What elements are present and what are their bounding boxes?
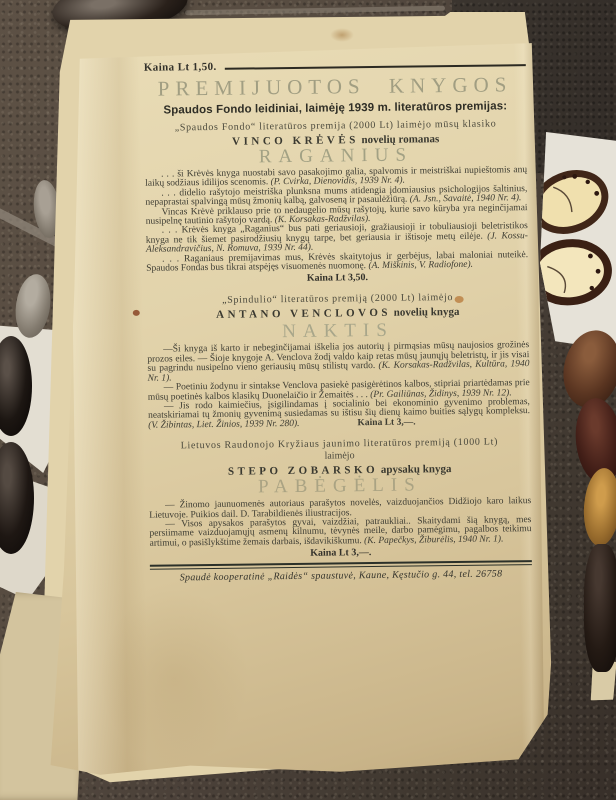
- author-name: ANTANO VENCLOVOS: [216, 307, 391, 321]
- review-quotes: —Ši knyga iš karto ir nebeginčijamai išk…: [147, 342, 530, 431]
- book-back-page: Kaina Lt 1,50. PREMIJUOTOS KNYGOS Spaudo…: [32, 43, 553, 779]
- book-title-pabegelis: PABĖGĖLIS: [149, 474, 531, 499]
- review-quote: — Jis rodo kaimiečius, įsigilindamas į s…: [148, 398, 530, 431]
- printed-text-block: Kaina Lt 1,50. PREMIJUOTOS KNYGOS Spaudo…: [144, 55, 532, 585]
- quote-citation: (A. Miškinis, V. Radiofone).: [368, 260, 473, 271]
- stain: [98, 587, 250, 769]
- horizontal-rule: [225, 64, 526, 70]
- review-quote: —Ši knyga iš karto ir nebeginčijamai išk…: [147, 342, 529, 384]
- book-price: Kaina Lt 3,—.: [357, 417, 415, 428]
- amber-stone: [581, 467, 616, 547]
- photo-of-book-back-cover: { "scene": { "description_objects": ["ti…: [0, 0, 616, 800]
- butterfly-illustration: [540, 132, 612, 332]
- review-quotes: . . . ši Krėvės knyga nuostabi savo pasa…: [145, 166, 528, 274]
- review-quotes: — Žinomo jaunuomenės autoriaus parašytos…: [149, 497, 532, 549]
- page-title: PREMIJUOTOS KNYGOS: [144, 72, 526, 101]
- rust-stain: [133, 310, 140, 316]
- tile-grout-line: [185, 6, 445, 16]
- printer-imprint: Spaudė kooperatinė „Raidės“ spaustuvė, K…: [150, 568, 532, 585]
- butterfly-paper-scrap: [540, 132, 616, 350]
- quote-citation: (K. Papečkys, Žiburėlis, 1940 Nr. 1).: [364, 534, 503, 546]
- paper-stain: [330, 28, 354, 42]
- pebble-stone: [584, 544, 616, 672]
- top-price: Kaina Lt 1,50.: [144, 61, 217, 74]
- book-type: novelių knyga: [394, 306, 460, 319]
- top-price-row: Kaina Lt 1,50.: [144, 55, 526, 74]
- review-quote: — Visos apysakos parašytos gyvai, vaizdž…: [149, 516, 531, 549]
- page-subtitle: Spaudos Fondo leidiniai, laimėję 1939 m.…: [144, 99, 526, 118]
- quote-citation: (V. Žibintas, Liet. Žinios, 1939 Nr. 280…: [148, 419, 299, 431]
